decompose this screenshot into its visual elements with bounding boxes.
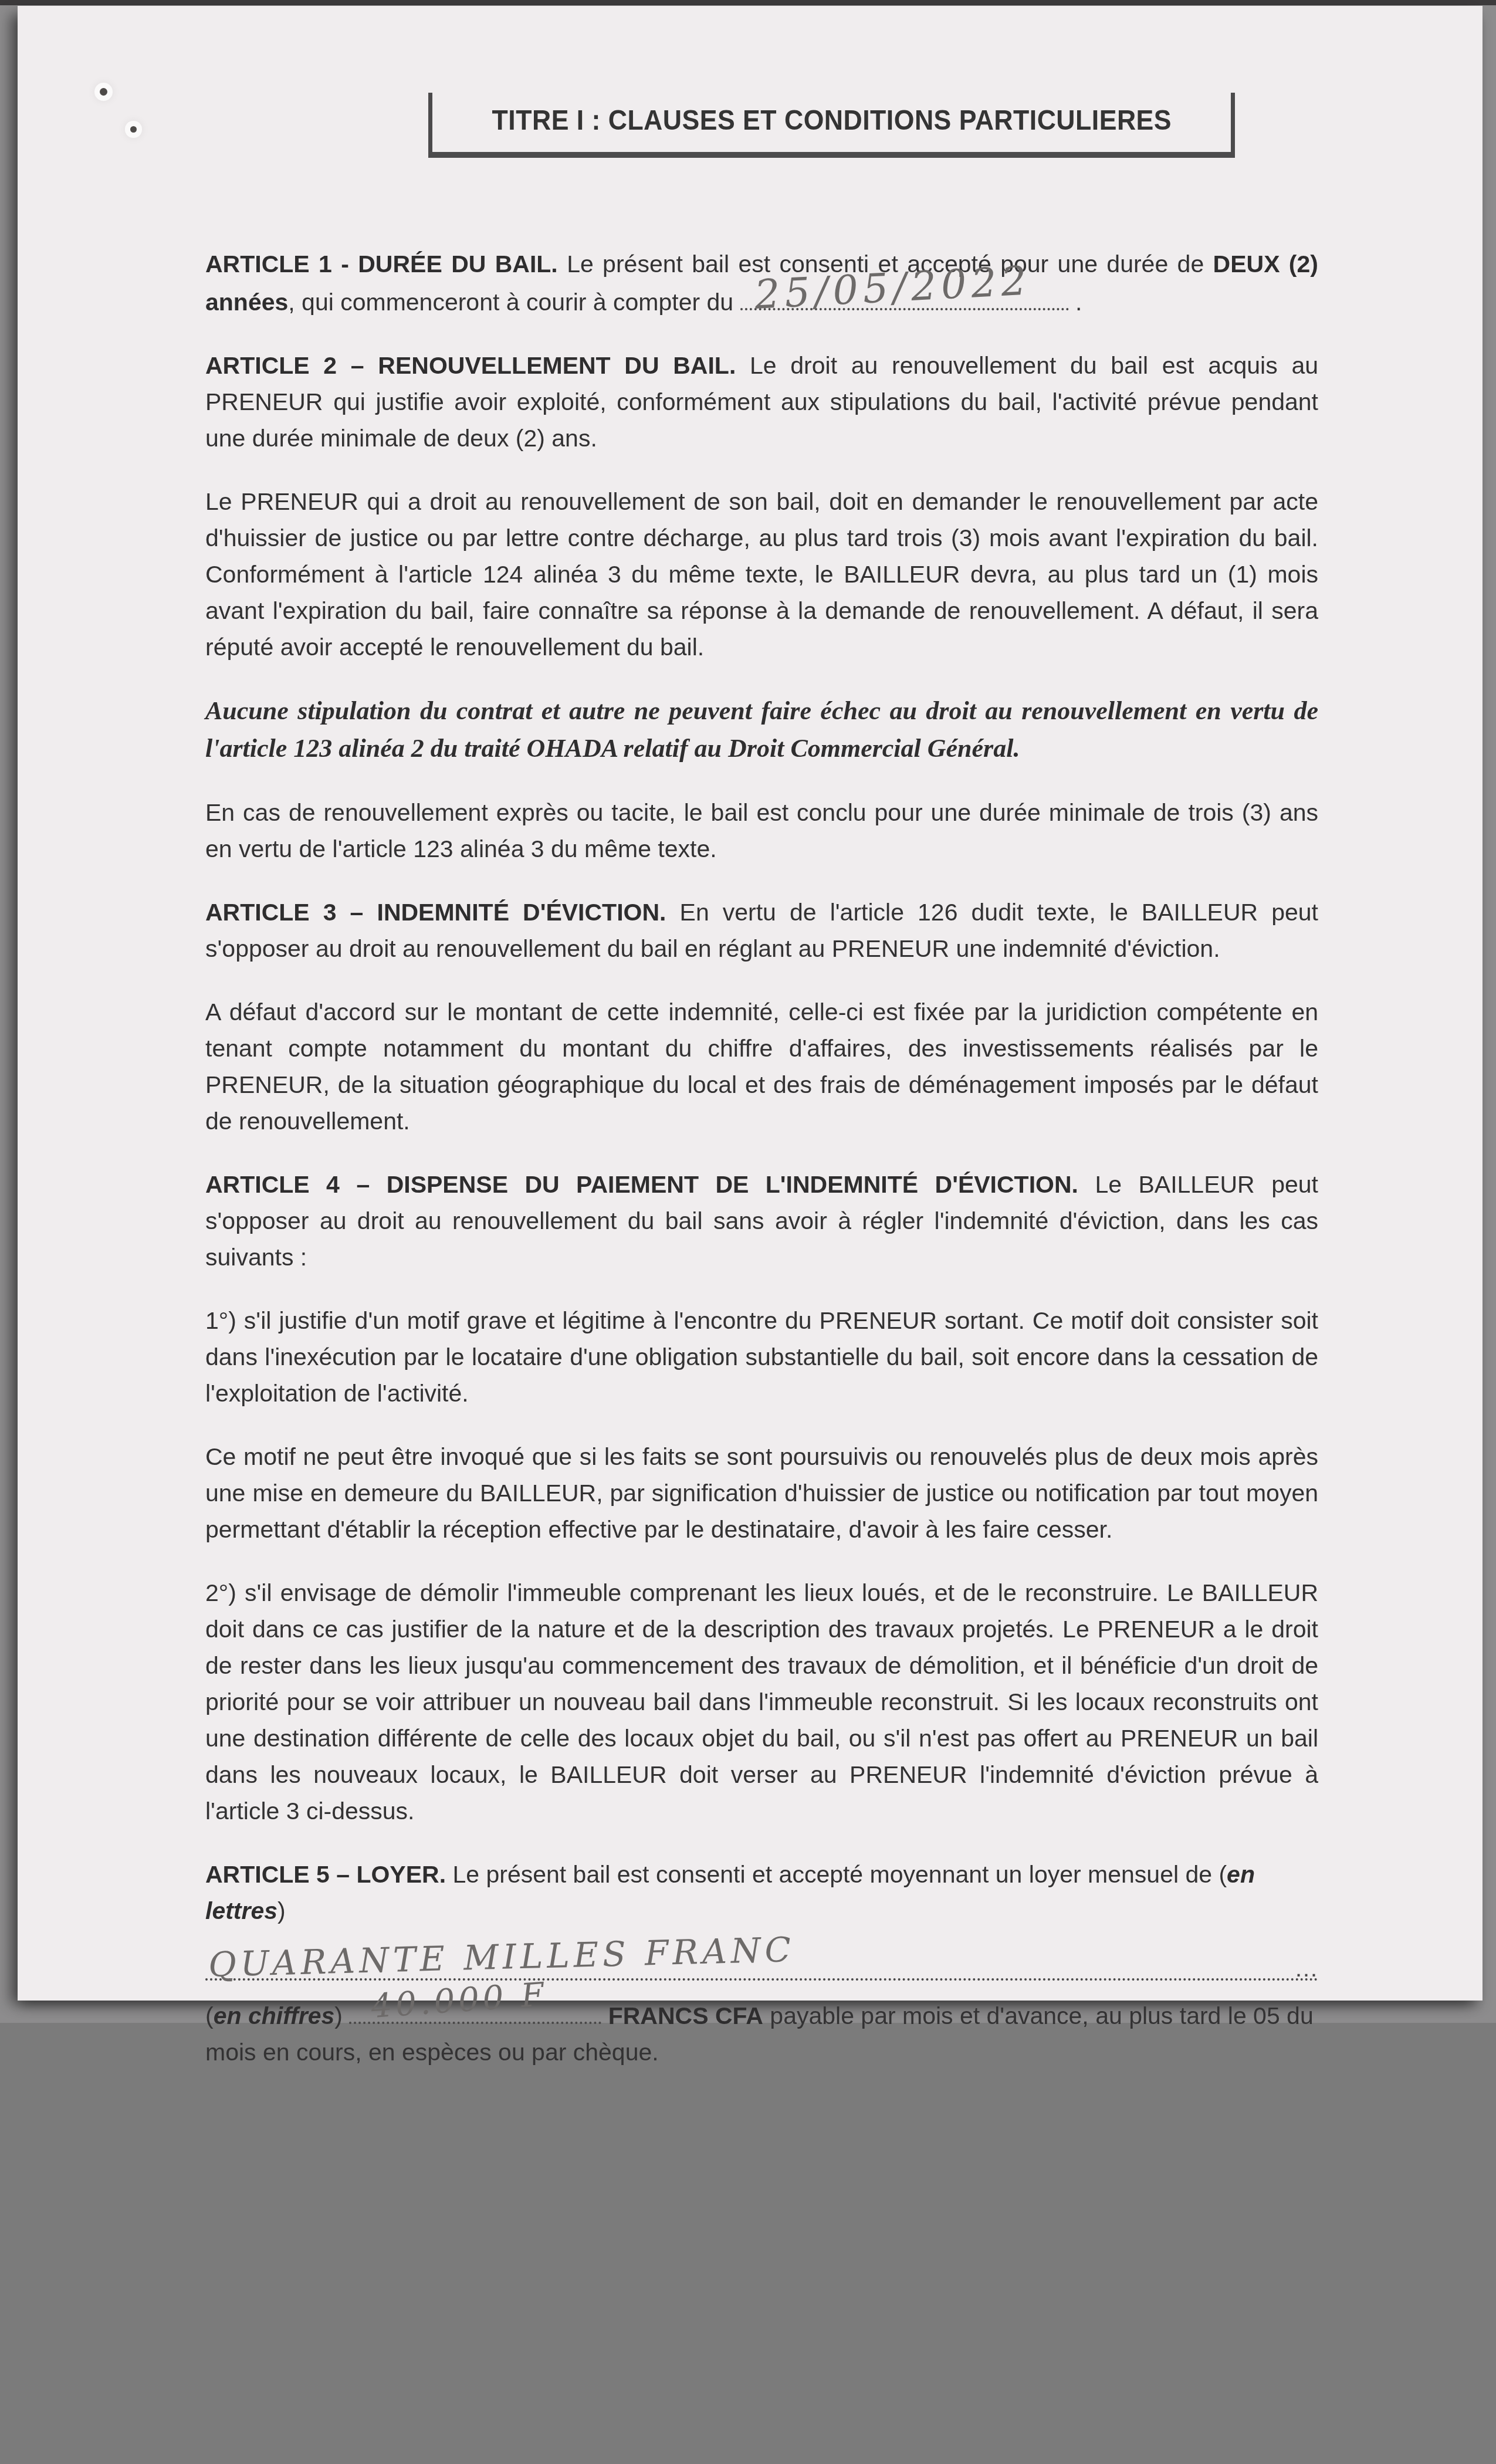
article-2-paragraph: ARTICLE 2 – RENOUVELLEMENT DU BAIL. Le d… — [205, 347, 1318, 456]
handwritten-amount-digits: 40.000 F — [370, 1976, 549, 2025]
scan-top-edge — [0, 0, 1496, 5]
case-1-paragraph: 1°) s'il justifie d'un motif grave et lé… — [205, 1302, 1318, 1412]
handwritten-amount-words: QUARANTE MILLES FRANC — [208, 1931, 795, 1983]
staple-hole — [100, 88, 107, 96]
contract-page: TITRE I : CLAUSES ET CONDITIONS PARTICUL… — [18, 6, 1483, 2001]
article-2-heading: ARTICLE 2 – RENOUVELLEMENT DU BAIL. — [205, 352, 736, 379]
title-box: TITRE I : CLAUSES ET CONDITIONS PARTICUL… — [428, 93, 1235, 158]
page-title: TITRE I : CLAUSES ET CONDITIONS PARTICUL… — [492, 104, 1171, 137]
article-5-amount-paragraph: (en chiffres) 40.000 F FRANCS CFA payabl… — [205, 1996, 1318, 2070]
case-2-paragraph: 2°) s'il envisage de démolir l'immeuble … — [205, 1575, 1318, 1829]
article-1-paragraph: ARTICLE 1 - DURÉE DU BAIL. Le présent ba… — [205, 246, 1318, 320]
article-5-en-chiffres: en chiffres — [214, 2002, 335, 2029]
article-5-text: Le présent bail est consenti et accepté … — [446, 1861, 1227, 1888]
article-5-heading: ARTICLE 5 – LOYER. — [205, 1861, 446, 1888]
start-date-blank-line: 25/05/2022 — [740, 282, 1069, 310]
motif-condition-paragraph: Ce motif ne peut être invoqué que si les… — [205, 1439, 1318, 1548]
article-1-period: . — [1069, 289, 1082, 316]
renewal-duration-paragraph: En cas de renouvellement exprès ou tacit… — [205, 794, 1318, 867]
dot-leader-tail: … — [1294, 1950, 1321, 1986]
article-4-paragraph: ARTICLE 4 – DISPENSE DU PAIEMENT DE L'IN… — [205, 1166, 1318, 1275]
handwritten-start-date: 25/05/2022 — [753, 263, 1032, 314]
article-1-heading: ARTICLE 1 - DURÉE DU BAIL. — [205, 251, 558, 277]
article-5-paren2: ( — [205, 2002, 214, 2029]
francs-cfa-label: FRANCS CFA — [608, 2002, 763, 2029]
preneur-renewal-paragraph: Le PRENEUR qui a droit au renouvellement… — [205, 483, 1318, 665]
staple-hole — [130, 126, 137, 133]
ohada-clause-paragraph: Aucune stipulation du contrat et autre n… — [205, 692, 1318, 767]
article-3-paragraph: ARTICLE 3 – INDEMNITÉ D'ÉVICTION. En ver… — [205, 894, 1318, 967]
article-5-paren: ) — [277, 1897, 286, 1924]
indemnity-amount-paragraph: A défaut d'accord sur le montant de cett… — [205, 994, 1318, 1139]
contract-body: ARTICLE 1 - DURÉE DU BAIL. Le présent ba… — [205, 246, 1318, 2070]
article-1-text2: , qui commenceront à courir à compter du — [288, 289, 740, 316]
amount-in-words-blank-line: QUARANTE MILLES FRANC … — [205, 1935, 1318, 1981]
article-3-heading: ARTICLE 3 – INDEMNITÉ D'ÉVICTION. — [205, 899, 666, 926]
amount-in-digits-blank-line: 40.000 F — [349, 1996, 601, 2024]
article-5-paragraph: ARTICLE 5 – LOYER. Le présent bail est c… — [205, 1856, 1318, 1929]
article-5-paren3: ) — [334, 2002, 349, 2029]
scanned-document: TITRE I : CLAUSES ET CONDITIONS PARTICUL… — [0, 0, 1496, 2464]
article-4-heading: ARTICLE 4 – DISPENSE DU PAIEMENT DE L'IN… — [205, 1171, 1078, 1198]
